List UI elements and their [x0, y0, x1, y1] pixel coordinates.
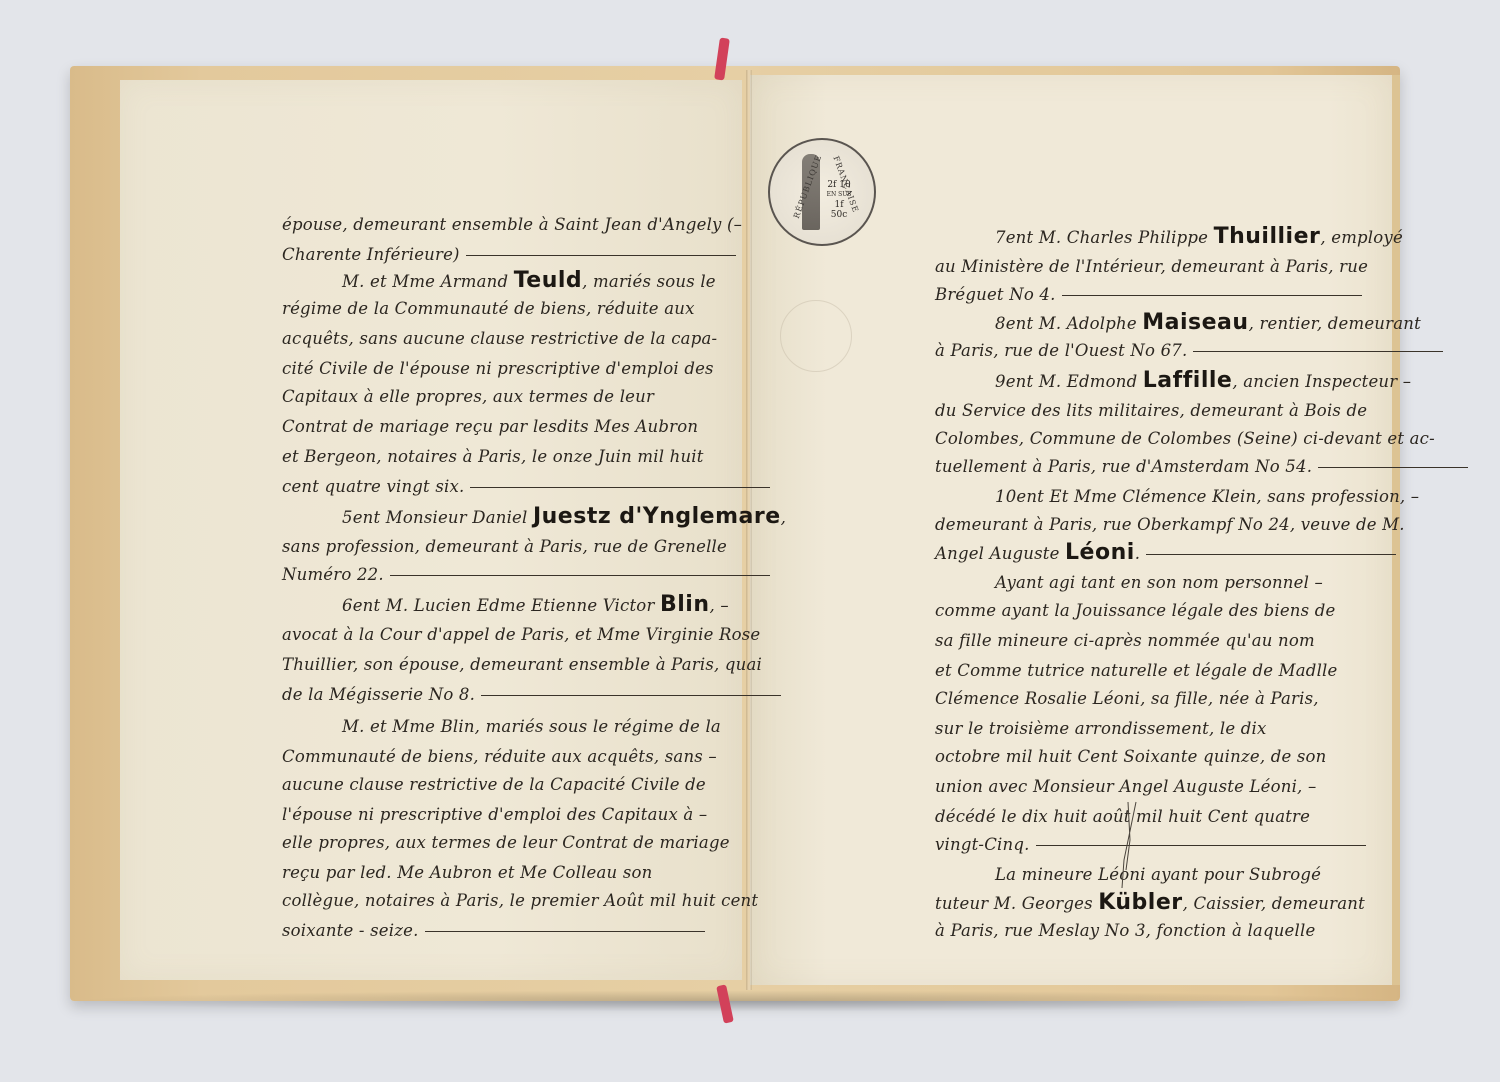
line-text: cité Civile de l'épouse ni prescriptive … [282, 359, 714, 378]
handwritten-line: Clémence Rosalie Léoni, sa fille, née à … [935, 684, 1319, 714]
fiscal-stamp-icon: RÉPUBLIQUE FRANÇAISE 2f 10 EN SUS 1f 50c [768, 138, 876, 246]
line-text: l'épouse ni prescriptive d'emploi des Ca… [282, 805, 707, 824]
stamp-value-bottom: 1f 50c [826, 200, 852, 220]
line-text-after: . [1135, 544, 1140, 563]
handwritten-line: avocat à la Cour d'appel de Paris, et Mm… [282, 620, 760, 650]
handwritten-line: soixante - seize. [282, 916, 705, 946]
handwritten-line: 5ent Monsieur Daniel Juestz d'Ynglemare, [282, 502, 786, 532]
line-text: Numéro 22. [282, 565, 384, 584]
handwritten-line: régime de la Communauté de biens, réduit… [282, 294, 695, 324]
handwritten-line: 9ent M. Edmond Laffille, ancien Inspecte… [935, 366, 1411, 396]
line-text: au Ministère de l'Intérieur, demeurant à… [935, 257, 1368, 276]
handwritten-line: Ayant agi tant en son nom personnel – [935, 568, 1323, 598]
line-text: Colombes, Commune de Colombes (Seine) ci… [935, 429, 1435, 448]
line-text: 9ent M. Edmond [995, 372, 1143, 391]
line-text: reçu par led. Me Aubron et Me Colleau so… [282, 863, 652, 882]
handwritten-line: Thuillier, son épouse, demeurant ensembl… [282, 650, 762, 680]
handwritten-line: Communauté de biens, réduite aux acquêts… [282, 742, 717, 772]
handwritten-line: à Paris, rue Meslay No 3, fonction à laq… [935, 916, 1315, 946]
handwritten-line: tuteur M. Georges Kübler, Caissier, deme… [935, 888, 1365, 918]
line-text: sur le troisième arrondissement, le dix [935, 719, 1267, 738]
line-text: à Paris, rue de l'Ouest No 67. [935, 341, 1187, 360]
handwritten-line: comme ayant la Jouissance légale des bie… [935, 596, 1335, 626]
handwritten-line: Capitaux à elle propres, aux termes de l… [282, 382, 654, 412]
handwritten-line: cent quatre vingt six. [282, 472, 770, 502]
line-text: Contrat de mariage reçu par lesdits Mes … [282, 417, 698, 436]
handwritten-line: l'épouse ni prescriptive d'emploi des Ca… [282, 800, 707, 830]
line-text: Charente Inférieure) [282, 245, 460, 264]
handwritten-line: M. et Mme Armand Teuld, mariés sous le [282, 266, 716, 296]
handwritten-line: cité Civile de l'épouse ni prescriptive … [282, 354, 714, 384]
line-filler-rule [1146, 554, 1396, 556]
line-filler-rule [1193, 351, 1443, 353]
handwritten-line: demeurant à Paris, rue Oberkampf No 24, … [935, 510, 1405, 540]
line-text-after: , [781, 508, 786, 527]
handwritten-line: au Ministère de l'Intérieur, demeurant à… [935, 252, 1368, 282]
handwritten-line: reçu par led. Me Aubron et Me Colleau so… [282, 858, 652, 888]
line-text: avocat à la Cour d'appel de Paris, et Mm… [282, 625, 760, 644]
line-text: Capitaux à elle propres, aux termes de l… [282, 387, 654, 406]
stamp-value: 2f 10 EN SUS 1f 50c [826, 180, 852, 220]
line-text: acquêts, sans aucune clause restrictive … [282, 329, 717, 348]
line-text: demeurant à Paris, rue Oberkampf No 24, … [935, 515, 1405, 534]
line-text: comme ayant la Jouissance légale des bie… [935, 601, 1335, 620]
faint-header-stamp [944, 96, 946, 105]
line-text-after: , – [710, 596, 729, 615]
line-text: M. et Mme Armand [342, 272, 514, 291]
handwritten-line: collègue, notaires à Paris, le premier A… [282, 886, 758, 916]
line-text: du Service des lits militaires, demeuran… [935, 401, 1367, 420]
line-text: Ayant agi tant en son nom personnel – [995, 573, 1323, 592]
blind-embossed-stamp [780, 300, 852, 372]
line-text: aucune clause restrictive de la Capacité… [282, 775, 706, 794]
line-filler-rule [425, 931, 705, 933]
handwritten-line: sa fille mineure ci-après nommée qu'au n… [935, 626, 1315, 656]
line-text: Bréguet No 4. [935, 285, 1056, 304]
line-filler-rule [390, 575, 770, 577]
line-filler-rule [1062, 295, 1362, 297]
line-text: octobre mil huit Cent Soixante quinze, d… [935, 747, 1327, 766]
handwritten-line: Angel Auguste Léoni. [935, 538, 1396, 568]
line-text: Thuillier, son épouse, demeurant ensembl… [282, 655, 762, 674]
handwritten-line: acquêts, sans aucune clause restrictive … [282, 324, 717, 354]
line-text: à Paris, rue Meslay No 3, fonction à laq… [935, 921, 1315, 940]
line-filler-rule [481, 695, 781, 697]
line-text: épouse, demeurant ensemble à Saint Jean … [282, 215, 742, 234]
surname: Blin [660, 592, 710, 617]
handwritten-line: M. et Mme Blin, mariés sous le régime de… [282, 712, 721, 742]
line-text-after: , mariés sous le [582, 272, 716, 291]
line-text: et Bergeon, notaires à Paris, le onze Ju… [282, 447, 704, 466]
handwritten-line: Bréguet No 4. [935, 280, 1362, 310]
line-text-after: , rentier, demeurant [1249, 314, 1421, 333]
line-text: M. et Mme Blin, mariés sous le régime de… [342, 717, 721, 736]
line-text: cent quatre vingt six. [282, 477, 464, 496]
line-text-after: , ancien Inspecteur – [1232, 372, 1411, 391]
line-text: régime de la Communauté de biens, réduit… [282, 299, 695, 318]
handwritten-line: à Paris, rue de l'Ouest No 67. [935, 336, 1443, 366]
line-text: 6ent M. Lucien Edme Etienne Victor [342, 596, 660, 615]
surname: Maiseau [1142, 310, 1248, 335]
handwritten-line: et Comme tutrice naturelle et légale de … [935, 656, 1338, 686]
handwritten-line: union avec Monsieur Angel Auguste Léoni,… [935, 772, 1316, 802]
handwritten-line: octobre mil huit Cent Soixante quinze, d… [935, 742, 1327, 772]
line-text: tuteur M. Georges [935, 894, 1098, 913]
line-text: 10ent Et Mme Clémence Klein, sans profes… [995, 487, 1419, 506]
handwritten-line: tuellement à Paris, rue d'Amsterdam No 5… [935, 452, 1468, 482]
handwritten-line: elle propres, aux termes de leur Contrat… [282, 828, 730, 858]
line-filler-rule [470, 487, 770, 489]
handwritten-line: sans profession, demeurant à Paris, rue … [282, 532, 727, 562]
handwritten-line: 8ent M. Adolphe Maiseau, rentier, demeur… [935, 308, 1421, 338]
line-text: de la Mégisserie No 8. [282, 685, 475, 704]
surname: Laffille [1143, 368, 1233, 393]
line-filler-rule [1318, 467, 1468, 469]
line-text: union avec Monsieur Angel Auguste Léoni,… [935, 777, 1316, 796]
line-filler-rule [466, 255, 736, 257]
line-text: tuellement à Paris, rue d'Amsterdam No 5… [935, 457, 1312, 476]
line-text: vingt-Cinq. [935, 835, 1030, 854]
handwritten-line: et Bergeon, notaires à Paris, le onze Ju… [282, 442, 704, 472]
handwritten-line: 7ent M. Charles Philippe Thuillier, empl… [935, 222, 1403, 252]
handwritten-line: Numéro 22. [282, 560, 770, 590]
line-text: Angel Auguste [935, 544, 1065, 563]
handwritten-line: vingt-Cinq. [935, 830, 1366, 860]
folder-shadow [66, 990, 1406, 1012]
line-text: 8ent M. Adolphe [995, 314, 1142, 333]
handwritten-line: aucune clause restrictive de la Capacité… [282, 770, 706, 800]
handwritten-line: 6ent M. Lucien Edme Etienne Victor Blin,… [282, 590, 729, 620]
handwritten-line: de la Mégisserie No 8. [282, 680, 781, 710]
surname: Teuld [514, 268, 582, 293]
surname: Thuillier [1214, 224, 1321, 249]
line-filler-rule [1036, 845, 1366, 847]
handwritten-line: épouse, demeurant ensemble à Saint Jean … [282, 210, 742, 240]
handwritten-line: du Service des lits militaires, demeuran… [935, 396, 1367, 426]
line-text: sans profession, demeurant à Paris, rue … [282, 537, 727, 556]
surname: Kübler [1098, 890, 1182, 915]
line-text: soixante - seize. [282, 921, 419, 940]
handwritten-line: Colombes, Commune de Colombes (Seine) ci… [935, 424, 1435, 454]
line-text: 5ent Monsieur Daniel [342, 508, 533, 527]
line-text-after: , employé [1320, 228, 1403, 247]
line-text: sa fille mineure ci-après nommée qu'au n… [935, 631, 1315, 650]
line-text: Communauté de biens, réduite aux acquêts… [282, 747, 717, 766]
line-text-after: , Caissier, demeurant [1183, 894, 1365, 913]
surname: Juestz d'Ynglemare [533, 504, 781, 529]
line-text: La mineure Léoni ayant pour Subrogé [995, 865, 1321, 884]
stamp-value-label: EN SUS [826, 190, 852, 200]
line-text: Clémence Rosalie Léoni, sa fille, née à … [935, 689, 1319, 708]
stamp-value-top: 2f 10 [826, 180, 852, 190]
line-text: et Comme tutrice naturelle et légale de … [935, 661, 1338, 680]
line-text: 7ent M. Charles Philippe [995, 228, 1214, 247]
line-text: collègue, notaires à Paris, le premier A… [282, 891, 758, 910]
paraph-signature-icon [1110, 800, 1150, 890]
surname: Léoni [1065, 540, 1135, 565]
handwritten-line: 10ent Et Mme Clémence Klein, sans profes… [935, 482, 1419, 512]
line-text: elle propres, aux termes de leur Contrat… [282, 833, 730, 852]
handwritten-line: sur le troisième arrondissement, le dix [935, 714, 1267, 744]
handwritten-line: Contrat de mariage reçu par lesdits Mes … [282, 412, 698, 442]
